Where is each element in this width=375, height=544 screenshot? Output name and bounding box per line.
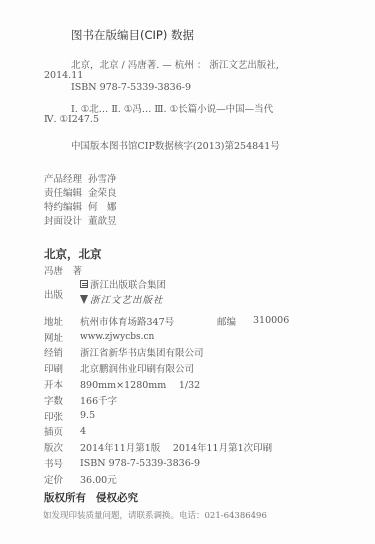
info-row-inserts: 插页 4	[44, 424, 289, 440]
info-value: 北京鹏润伟业印刷有限公司	[80, 361, 194, 375]
info-row-format: 开本 890mm×1280mm 1/32	[44, 376, 289, 392]
contact-line: 如发现印装质量问题，请联系调换。电话：021-64386496	[43, 509, 267, 521]
cip-isbn: ISBN 978-7-5339-3836-9	[71, 82, 191, 93]
info-label: 插页	[44, 424, 80, 438]
press-logo-icon	[80, 295, 88, 304]
cip-classification: Ⅰ. ①北… Ⅱ. ①冯… Ⅲ. ①长篇小说—中国—当代	[71, 101, 273, 115]
book-author: 冯唐 著	[44, 263, 82, 277]
cip-line-1: 北京，北京 / 冯唐著. — 杭州 ： 浙江文艺出版社,	[71, 57, 279, 71]
staff-name: 孙雪净	[88, 171, 117, 185]
publisher-group-logo: 浙江出版联合集团	[80, 277, 166, 291]
info-extra-label: 邮编	[217, 314, 253, 328]
info-value: www.zjwycbs.cn	[80, 332, 154, 342]
publisher-logos: 浙江出版联合集团 浙江文艺出版社	[80, 277, 166, 306]
info-value: ISBN 978-7-5339-3836-9	[80, 458, 200, 469]
info-value: 890mm×1280mm 1/32	[80, 377, 200, 391]
info-row-sheets: 印张 9.5	[44, 408, 289, 424]
copyright-notice: 版权所有侵权必究	[44, 490, 138, 505]
info-row-word-count: 字数 166千字	[44, 392, 289, 408]
info-row-address: 地址 杭州市体育场路347号 邮编 310006	[44, 313, 289, 329]
staff-row: 特约编辑 何 娜	[44, 199, 117, 213]
staff-name: 何 娜	[88, 199, 117, 213]
info-extra-value: 310006	[253, 315, 289, 326]
info-label: 印张	[44, 409, 80, 423]
cip-verification: 中国版本图书馆CIP数据核字(2013)第254841号	[71, 138, 280, 152]
book-title: 北京，北京	[44, 246, 102, 262]
info-row-distributor: 经销 浙江省新华书店集团有限公司	[44, 345, 289, 361]
staff-row: 责任编辑 金荣良	[44, 185, 117, 199]
info-label: 字数	[44, 393, 80, 407]
info-value: 36.00元	[80, 472, 117, 486]
copyright-left: 版权所有	[44, 492, 86, 504]
info-value: 166千字	[80, 393, 117, 407]
info-value: 浙江省新华书店集团有限公司	[80, 345, 204, 359]
info-row-edition: 版次 2014年11月第1版 2014年11月第1次印刷	[44, 439, 289, 455]
staff-role: 特约编辑	[44, 199, 82, 213]
info-row-price: 定价 36.00元	[44, 471, 289, 487]
info-value: 2014年11月第1版 2014年11月第1次印刷	[80, 440, 272, 454]
staff-name: 金荣良	[88, 185, 117, 199]
info-row-website: 网址 www.zjwycbs.cn	[44, 329, 289, 345]
cip-classification-2: Ⅳ. ①I247.5	[44, 114, 99, 125]
publisher-group: 浙江出版联合集团	[90, 277, 166, 291]
staff-name: 董歆昱	[88, 213, 117, 227]
info-row-isbn: 书号 ISBN 978-7-5339-3836-9	[44, 455, 289, 471]
info-label: 经销	[44, 345, 80, 359]
staff-role: 责任编辑	[44, 185, 82, 199]
cip-line-2: 2014.11	[44, 70, 83, 81]
publisher-press: 浙江文艺出版社	[90, 292, 164, 306]
staff-row: 产品经理 孙雪净	[44, 171, 117, 185]
info-label: 书号	[44, 456, 80, 470]
info-label: 地址	[44, 314, 80, 328]
staff-role: 产品经理	[44, 171, 82, 185]
info-row-printer: 印刷 北京鹏润伟业印刷有限公司	[44, 360, 289, 376]
group-logo-icon	[80, 280, 88, 288]
staff-role: 封面设计	[44, 213, 82, 227]
staff-row: 封面设计 董歆昱	[44, 213, 117, 227]
info-value: 4	[80, 426, 86, 437]
staff-list: 产品经理 孙雪净 责任编辑 金荣良 特约编辑 何 娜 封面设计 董歆昱	[44, 171, 117, 227]
info-label: 网址	[44, 330, 80, 344]
info-label: 印刷	[44, 361, 80, 375]
info-label: 版次	[44, 440, 80, 454]
publisher-press-logo: 浙江文艺出版社	[80, 292, 166, 306]
publisher-label: 出版	[44, 287, 63, 301]
info-table: 地址 杭州市体育场路347号 邮编 310006 网址 www.zjwycbs.…	[44, 313, 289, 487]
copyright-right: 侵权必究	[96, 492, 138, 504]
info-value: 杭州市体育场路347号	[80, 314, 217, 328]
info-label: 开本	[44, 377, 80, 391]
info-label: 定价	[44, 472, 80, 486]
info-value: 9.5	[80, 410, 95, 421]
cip-title: 图书在版编目(CIP) 数据	[71, 27, 194, 43]
